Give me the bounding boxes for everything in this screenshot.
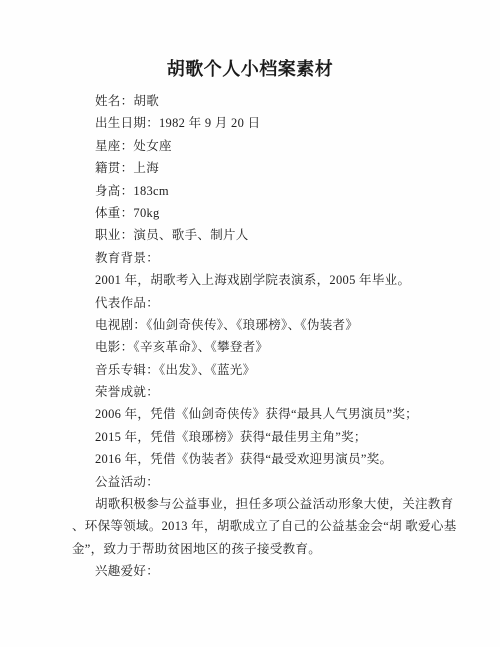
document-page: 胡歌个人小档案素材 姓名：胡歌 出生日期：1982 年 9 月 20 日 星座：…: [0, 0, 500, 647]
doc-line-charity-3: 金”，致力于帮助贫困地区的孩子接受教育。: [72, 538, 476, 560]
doc-line-honors-header: 荣誉成就：: [72, 381, 476, 403]
doc-line-education-header: 教育背景：: [72, 247, 476, 269]
doc-line-award-2016: 2016 年，凭借《伪装者》获得“最受欢迎男演员”奖。: [72, 448, 476, 470]
doc-line-hometown: 籍贯：上海: [72, 157, 476, 179]
doc-line-movies: 电影：《辛亥革命》、《攀登者》: [72, 336, 476, 358]
doc-line-albums: 音乐专辑：《出发》、《蓝光》: [72, 359, 476, 381]
doc-line-works-header: 代表作品：: [72, 292, 476, 314]
doc-line-height: 身高：183cm: [72, 180, 476, 202]
doc-line-hobbies-header: 兴趣爱好：: [72, 560, 476, 582]
document-body: 姓名：胡歌 出生日期：1982 年 9 月 20 日 星座：处女座 籍贯：上海 …: [72, 90, 476, 583]
doc-line-award-2015: 2015 年，凭借《琅琊榜》获得“最佳男主角”奖；: [72, 426, 476, 448]
doc-line-birthdate: 出生日期：1982 年 9 月 20 日: [72, 112, 476, 134]
doc-line-tv-series: 电视剧：《仙剑奇侠传》、《琅琊榜》、《伪装者》: [72, 314, 476, 336]
doc-line-charity-header: 公益活动：: [72, 471, 476, 493]
doc-line-award-2006: 2006 年，凭借《仙剑奇侠传》获得“最具人气男演员”奖；: [72, 403, 476, 425]
doc-line-name: 姓名：胡歌: [72, 90, 476, 112]
page-title: 胡歌个人小档案素材: [0, 55, 500, 81]
doc-line-education-detail: 2001 年，胡歌考入上海戏剧学院表演系，2005 年毕业。: [72, 269, 476, 291]
doc-line-charity-1: 胡歌积极参与公益事业，担任多项公益活动形象大使，关注教育: [72, 493, 476, 515]
doc-line-zodiac: 星座：处女座: [72, 135, 476, 157]
doc-line-occupation: 职业：演员、歌手、制片人: [72, 224, 476, 246]
doc-line-weight: 体重：70kg: [72, 202, 476, 224]
doc-line-charity-2: 、环保等领域。2013 年，胡歌成立了自己的公益基金会“胡 歌爱心基: [72, 515, 476, 537]
